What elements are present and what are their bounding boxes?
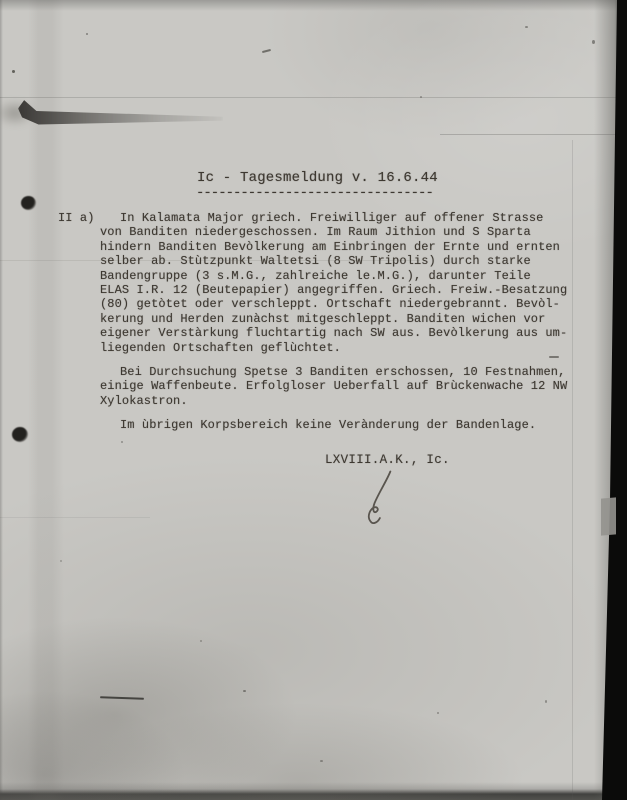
text-line: einige Waffenbeute. Erfolgloser Ueberfal… — [100, 379, 570, 393]
paragraph-1: In Kalamata Major griech. Freiwilliger a… — [100, 211, 570, 355]
text-line: Xylokastron. — [100, 394, 570, 408]
paper-edge-tab — [601, 497, 616, 535]
text-line: hindern Banditen Bevòlkerung am Einbring… — [100, 240, 570, 254]
text-line: eigener Verstàrkung fluchtartig nach SW … — [100, 326, 570, 340]
text-line: kerung und Herden zunàchst mitgeschleppt… — [100, 312, 570, 326]
report-body: II a) In Kalamata Major griech. Freiwill… — [100, 211, 570, 432]
text-line: Im ùbrigen Korpsbereich keine Verànderun… — [100, 418, 570, 432]
text-line: selber ab. Stùtzpunkt Waltetsi (8 SW Tri… — [100, 254, 570, 268]
text-line: Bei Durchsuchung Spetse 3 Banditen ersch… — [100, 365, 570, 379]
document-content: Ic - Tagesmeldung v. 16.6.44 -----------… — [0, 0, 627, 800]
text-line: liegenden Ortschaften geflùchtet. — [100, 341, 570, 355]
text-line: ELAS I.R. 12 (Beutepapier) angegriffen. … — [100, 283, 570, 297]
text-line: von Banditen niedergeschossen. Im Raum J… — [100, 225, 570, 239]
text-line: (80) getòtet oder verschleppt. Ortschaft… — [100, 297, 570, 311]
title-underline: -------------------------------- — [196, 186, 433, 200]
document-title: Ic - Tagesmeldung v. 16.6.44 — [197, 170, 438, 186]
text-line: Bandengruppe (3 s.M.G., zahlreiche le.M.… — [100, 269, 570, 283]
unit-signoff: LXVIII.A.K., Ic. — [325, 453, 450, 467]
text-line: In Kalamata Major griech. Freiwilliger a… — [100, 211, 570, 225]
scanned-document-page: Ic - Tagesmeldung v. 16.6.44 -----------… — [0, 0, 627, 800]
paragraph-3: Im ùbrigen Korpsbereich keine Verànderun… — [100, 418, 570, 432]
section-label: II a) — [58, 211, 95, 225]
paragraph-2: Bei Durchsuchung Spetse 3 Banditen ersch… — [100, 365, 570, 408]
handwritten-signature-mark — [361, 467, 400, 527]
